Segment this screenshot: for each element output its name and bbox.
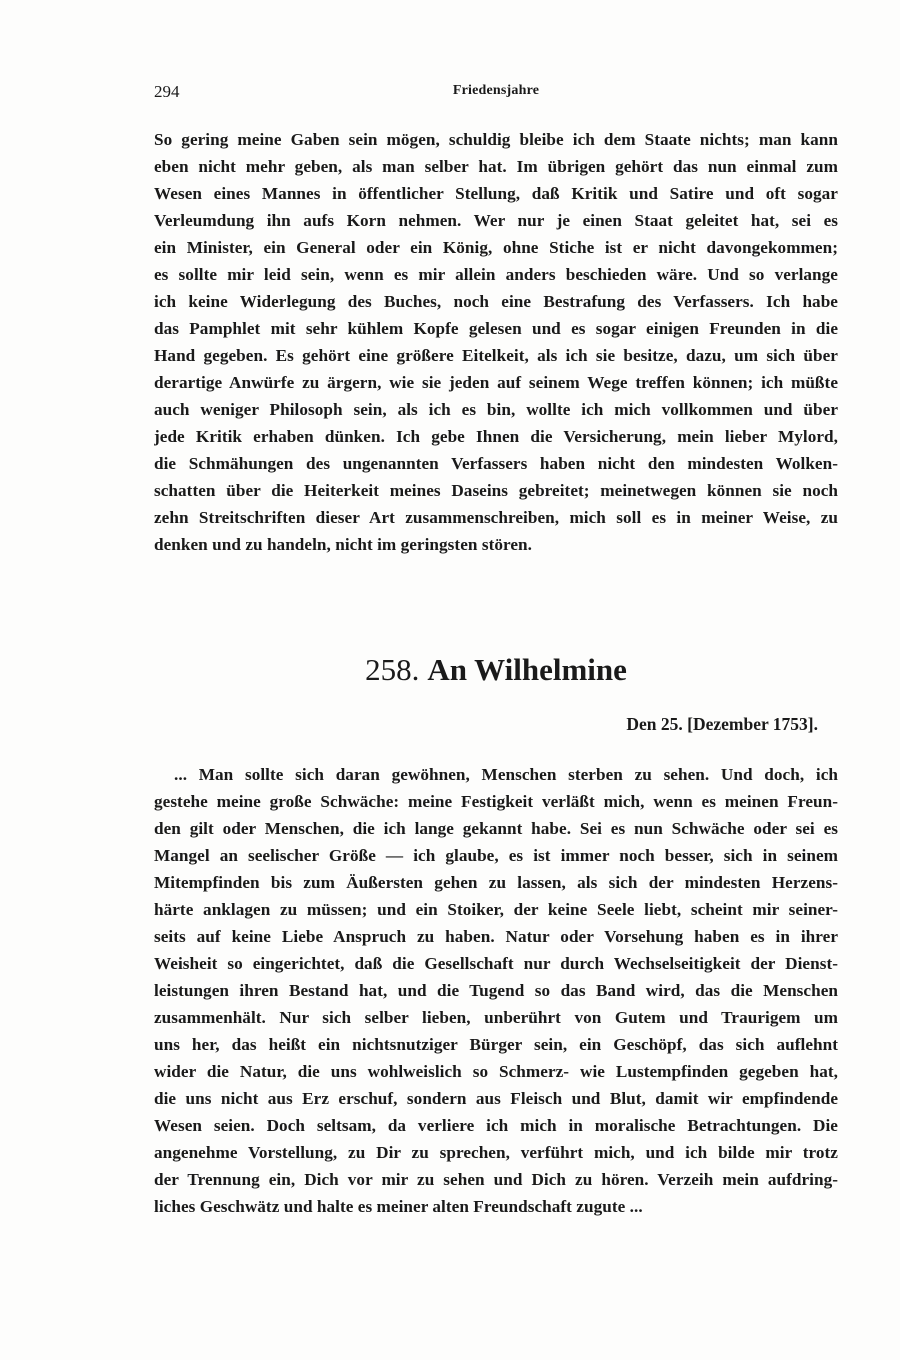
text-line: Weisheit so eingerichtet, daß die Gesell… [154,950,838,977]
text-line: eben nicht mehr geben, als man selber ha… [154,153,838,180]
text-line: schatten über die Heiterkeit meines Dase… [154,477,838,504]
text-line: Wesen seien. Doch seltsam, da verliere i… [154,1112,838,1139]
text-line: den gilt oder Menschen, die ich lange ge… [154,815,838,842]
text-line: ein Minister, ein General oder ein König… [154,234,838,261]
text-line: ... Man sollte sich daran gewöhnen, Mens… [154,761,838,788]
text-line: das Pamphlet mit sehr kühlem Kopfe geles… [154,315,838,342]
text-line: wider die Natur, die uns wohlweislich so… [154,1058,838,1085]
text-line: es sollte mir leid sein, wenn es mir all… [154,261,838,288]
letter-heading: 258.An Wilhelmine [154,652,838,688]
text-line: derartige Anwürfe zu ärgern, wie sie jed… [154,369,838,396]
letter-dateline: Den 25. [Dezember 1753]. [626,714,818,735]
text-line: seits auf keine Liebe Anspruch zu haben.… [154,923,838,950]
text-line: die Schmähungen des ungenannten Verfasse… [154,450,838,477]
text-line: So gering meine Gaben sein mögen, schuld… [154,126,838,153]
letter-title: An Wilhelmine [427,652,627,687]
letter-body: ... Man sollte sich daran gewöhnen, Mens… [154,761,838,1220]
text-line: Verleumdung ihn aufs Korn nehmen. Wer nu… [154,207,838,234]
text-line: auch weniger Philosoph sein, als ich es … [154,396,838,423]
text-line: zehn Streitschriften dieser Art zusammen… [154,504,838,531]
text-line: angenehme Vorstellung, zu Dir zu spreche… [154,1139,838,1166]
paragraph-continuation: So gering meine Gaben sein mögen, schuld… [154,126,838,558]
text-line: härte anklagen zu müssen; und ein Stoike… [154,896,838,923]
text-line: leistungen ihren Bestand hat, und die Tu… [154,977,838,1004]
text-line: denken und zu handeln, nicht im geringst… [154,531,838,558]
text-line: der Trennung ein, Dich vor mir zu sehen … [154,1166,838,1193]
text-line: uns her, das heißt ein nichtsnutziger Bü… [154,1031,838,1058]
text-line: ich keine Widerlegung des Buches, noch e… [154,288,838,315]
text-line: liches Geschwätz und halte es meiner alt… [154,1193,838,1220]
text-line: zusammenhält. Nur sich selber lieben, un… [154,1004,838,1031]
text-line: Hand gegeben. Es gehört eine größere Eit… [154,342,838,369]
text-line: Wesen eines Mannes in öffentlicher Stell… [154,180,838,207]
text-line: Mangel an seelischer Größe — ich glaube,… [154,842,838,869]
running-head: 294 Friedensjahre [154,82,838,106]
running-title: Friedensjahre [154,83,838,99]
text-line: jede Kritik erhaben dünken. Ich gebe Ihn… [154,423,838,450]
text-line: die uns nicht aus Erz erschuf, sondern a… [154,1085,838,1112]
letter-number: 258. [365,652,419,687]
text-line: Mitempfinden bis zum Äußersten gehen zu … [154,869,838,896]
text-line: gestehe meine große Schwäche: meine Fest… [154,788,838,815]
